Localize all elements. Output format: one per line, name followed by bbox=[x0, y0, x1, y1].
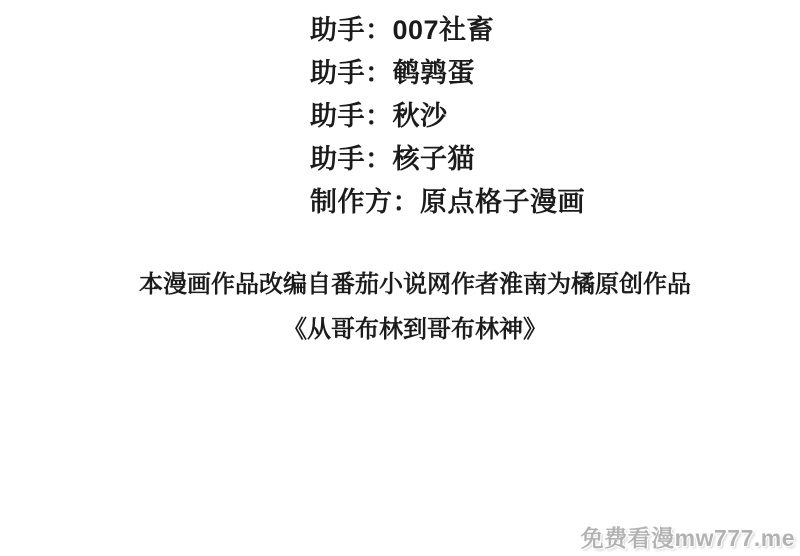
credit-line-assistant-4: 助手：核子猫 bbox=[310, 138, 585, 181]
credits-block: 助手：007社畜 助手：鹌鹑蛋 助手：秋沙 助手：核子猫 制作方：原点格子漫画 bbox=[310, 9, 585, 224]
credit-line-producer: 制作方：原点格子漫画 bbox=[310, 181, 585, 224]
credit-line-assistant-3: 助手：秋沙 bbox=[310, 95, 585, 138]
credit-line-assistant-2: 助手：鹌鹑蛋 bbox=[310, 52, 585, 95]
credit-line-assistant-1: 助手：007社畜 bbox=[310, 9, 585, 52]
adaptation-notice: 本漫画作品改编自番茄小说网作者淮南为橘原创作品 bbox=[139, 262, 691, 307]
novel-title: 《从哥布林到哥布林神》 bbox=[139, 307, 691, 352]
attribution-block: 本漫画作品改编自番茄小说网作者淮南为橘原创作品 《从哥布林到哥布林神》 bbox=[139, 262, 691, 352]
site-watermark: 免费看漫mw777.me bbox=[581, 520, 795, 553]
comic-credits-page: 助手：007社畜 助手：鹌鹑蛋 助手：秋沙 助手：核子猫 制作方：原点格子漫画 … bbox=[0, 0, 800, 556]
